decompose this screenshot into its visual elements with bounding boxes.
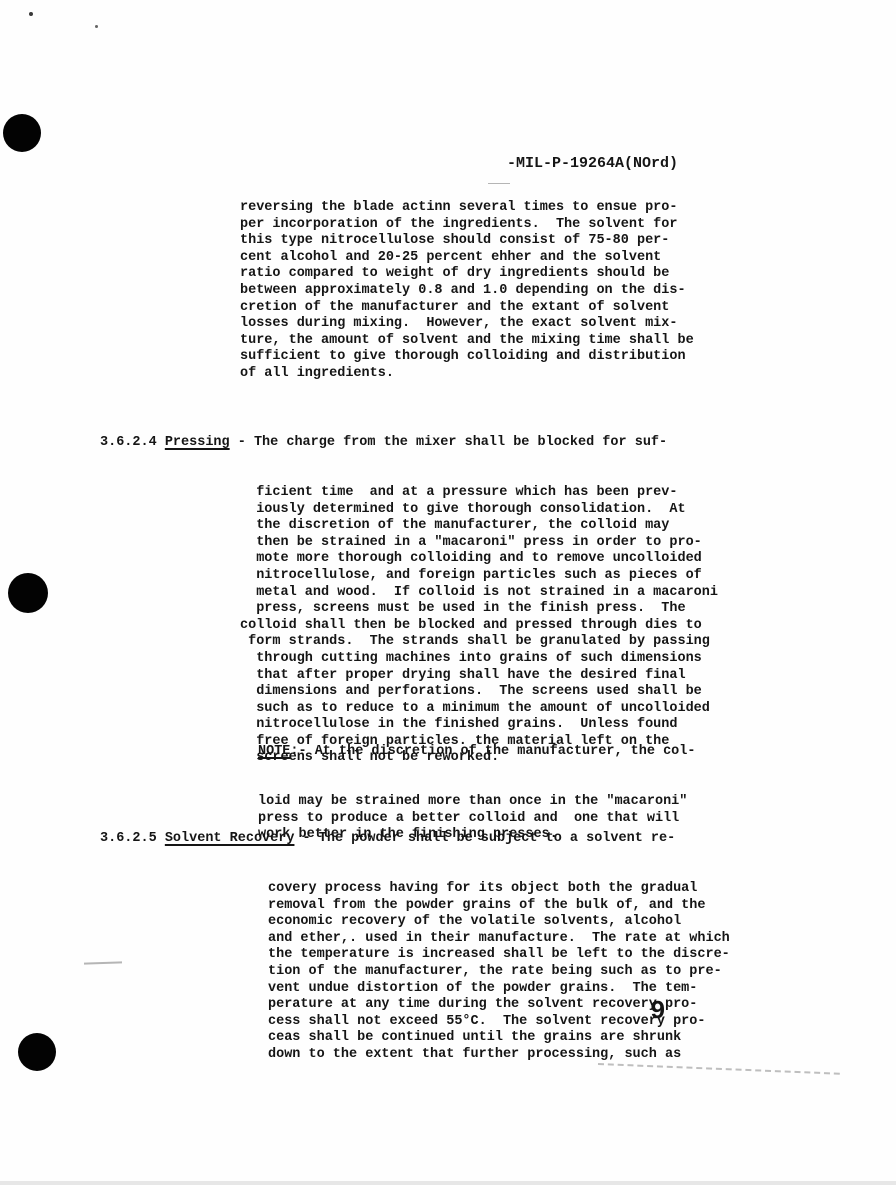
section-first-line: The charge from the mixer shall be block… xyxy=(254,435,667,450)
scan-speck xyxy=(29,12,33,16)
note-label: NOTE xyxy=(258,744,290,759)
text-line: form strands. The strands shall be granu… xyxy=(240,634,718,651)
text-line: tion of the manufacturer, the rate being… xyxy=(268,964,730,981)
section-number: 3.6.2.4 xyxy=(100,435,157,450)
text-line: then be strained in a "macaroni" press i… xyxy=(240,535,718,552)
text-line: through cutting machines into grains of … xyxy=(240,651,718,668)
intro-paragraph: reversing the blade actinn several times… xyxy=(240,200,694,383)
text-line: covery process having for its object bot… xyxy=(268,881,730,898)
punch-hole-bottom xyxy=(18,1033,56,1071)
heading-separator: - xyxy=(230,435,254,450)
section-first-line: The powder shall be subject to a solvent… xyxy=(319,831,675,846)
text-line: ratio compared to weight of dry ingredie… xyxy=(240,266,694,283)
note-heading-line: NOTE:- At the discretion of the manufact… xyxy=(258,744,695,761)
text-line: sufficient to give thorough colloiding a… xyxy=(240,349,694,366)
text-line: losses during mixing. However, the exact… xyxy=(240,316,694,333)
text-line: per incorporation of the ingredients. Th… xyxy=(240,217,694,234)
text-line: press, screens must be used in the finis… xyxy=(240,601,718,618)
section-title: Solvent Recovery xyxy=(165,831,295,846)
text-line: ficient time and at a pressure which has… xyxy=(240,485,718,502)
section-pressing-heading: 3.6.2.4 Pressing - The charge from the m… xyxy=(100,435,718,452)
text-line: this type nitrocellulose should consist … xyxy=(240,233,694,250)
scanned-document-page: -MIL-P-19264A(NOrd) reversing the blade … xyxy=(0,0,896,1185)
text-line: ceas shall be continued until the grains… xyxy=(268,1030,730,1047)
text-line: removal from the powder grains of the bu… xyxy=(268,898,730,915)
text-line: reversing the blade actinn several times… xyxy=(240,200,694,217)
section-solvent-body: covery process having for its object bot… xyxy=(268,881,730,1064)
section-number: 3.6.2.5 xyxy=(100,831,157,846)
text-line: iously determined to give thorough conso… xyxy=(240,502,718,519)
text-line: that after proper drying shall have the … xyxy=(240,668,718,685)
punch-hole-middle xyxy=(8,573,48,613)
text-line: nitrocellulose, and foreign particles su… xyxy=(240,568,718,585)
text-line: dimensions and perforations. The screens… xyxy=(240,684,718,701)
text-line: of all ingredients. xyxy=(240,366,694,383)
note-first-line: :- At the discretion of the manufacturer… xyxy=(290,744,695,759)
section-solvent-heading: 3.6.2.5 Solvent Recovery - The powder sh… xyxy=(100,831,730,848)
text-line: cretion of the manufacturer and the exta… xyxy=(240,300,694,317)
text-line: down to the extent that further processi… xyxy=(268,1047,730,1064)
text-line: ture, the amount of solvent and the mixi… xyxy=(240,333,694,350)
text-line: the temperature is increased shall be le… xyxy=(268,947,730,964)
text-line: colloid shall then be blocked and presse… xyxy=(240,618,718,635)
heading-separator: - xyxy=(294,831,318,846)
text-line: between approximately 0.8 and 1.0 depend… xyxy=(240,283,694,300)
scan-edge xyxy=(0,1181,896,1185)
scan-speck xyxy=(488,183,510,184)
section-title: Pressing xyxy=(165,435,230,450)
document-id-header: -MIL-P-19264A(NOrd) xyxy=(507,155,678,173)
text-line: and ether,. used in their manufacture. T… xyxy=(268,931,730,948)
scan-speck xyxy=(95,25,98,28)
text-line: cent alcohol and 20-25 percent ehher and… xyxy=(240,250,694,267)
text-line: metal and wood. If colloid is not strain… xyxy=(240,585,718,602)
page-number: 9 xyxy=(650,997,666,1025)
section-solvent-recovery: 3.6.2.5 Solvent Recovery - The powder sh… xyxy=(100,798,730,1097)
text-line: the discretion of the manufacturer, the … xyxy=(240,518,718,535)
text-line: vent undue distortion of the powder grai… xyxy=(268,981,730,998)
text-line: mote more thorough colloiding and to rem… xyxy=(240,551,718,568)
punch-hole-top xyxy=(3,114,41,152)
text-line: economic recovery of the volatile solven… xyxy=(268,914,730,931)
